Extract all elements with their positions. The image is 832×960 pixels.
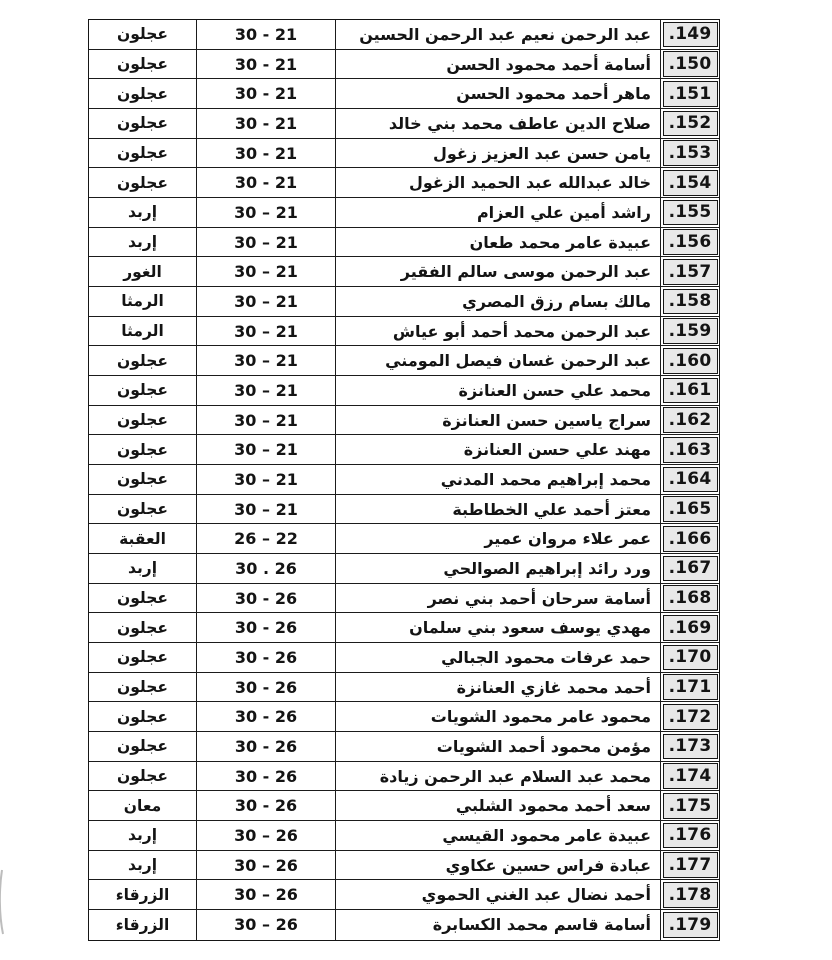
age-range: 30 - 26	[196, 702, 335, 731]
age-range: 30 – 21	[196, 346, 335, 375]
table-row: .174 محمد عبد السلام عبد الرحمن زيادة 30…	[89, 762, 719, 792]
row-number-cell: .177	[660, 851, 719, 880]
city-name: عجلون	[89, 346, 196, 375]
city-name: الغور	[89, 257, 196, 286]
row-number-cell: .158	[660, 287, 719, 316]
table-row: .164 محمد إبراهيم محمد المدني 30 – 21 عج…	[89, 465, 719, 495]
table-row: .160 عبد الرحمن غسان فيصل المومني 30 – 2…	[89, 346, 719, 376]
table-row: .177 عبادة فراس حسين عكاوي 30 – 26 إربد	[89, 851, 719, 881]
students-table: .149 عبد الرحمن نعيم عبد الرحمن الحسين 3…	[88, 19, 720, 941]
row-number: .162	[663, 407, 718, 433]
student-name: حمد عرفات محمود الجبالي	[335, 643, 660, 672]
table-row: .158 مالك بسام رزق المصري 30 – 21 الرمثا	[89, 287, 719, 317]
row-number: .165	[663, 496, 718, 522]
city-name: إربد	[89, 228, 196, 257]
city-name: عجلون	[89, 702, 196, 731]
age-range: 30 - 26	[196, 673, 335, 702]
row-number: .158	[663, 289, 718, 315]
age-range: 30 – 21	[196, 317, 335, 346]
scanned-document-page: .149 عبد الرحمن نعيم عبد الرحمن الحسين 3…	[0, 0, 832, 960]
age-range: 30 - 21	[196, 139, 335, 168]
age-range: 30 – 21	[196, 287, 335, 316]
row-number-cell: .151	[660, 79, 719, 108]
table-row: .176 عبيدة عامر محمود القيسي 30 – 26 إرب…	[89, 821, 719, 851]
table-row: .153 يامن حسن عبد العزيز زغول 30 - 21 عج…	[89, 139, 719, 169]
student-name: سراج ياسين حسن العنانزة	[335, 406, 660, 435]
student-name: ورد رائد إبراهيم الصوالحي	[335, 554, 660, 583]
student-name: عبد الرحمن نعيم عبد الرحمن الحسين	[335, 20, 660, 49]
student-name: عبيدة عامر محمود القيسي	[335, 821, 660, 850]
row-number: .166	[663, 526, 718, 552]
age-range: 30 – 26	[196, 821, 335, 850]
age-range: 30 - 21	[196, 109, 335, 138]
table-row: .168 أسامة سرحان أحمد بني نصر 30 - 26 عج…	[89, 584, 719, 614]
student-name: مهدي يوسف سعود بني سلمان	[335, 613, 660, 642]
row-number: .171	[663, 674, 718, 700]
age-range: 30 - 26	[196, 584, 335, 613]
city-name: عجلون	[89, 376, 196, 405]
table-row: .166 عمر علاء مروان عمير 26 – 22 العقبة	[89, 524, 719, 554]
table-row: .170 حمد عرفات محمود الجبالي 30 - 26 عجل…	[89, 643, 719, 673]
table-row: .156 عبيدة عامر محمد طعان 30 – 21 إربد	[89, 228, 719, 258]
row-number-cell: .173	[660, 732, 719, 761]
row-number: .149	[663, 22, 718, 48]
age-range: 30 – 21	[196, 435, 335, 464]
row-number-cell: .168	[660, 584, 719, 613]
scan-artifact-mark	[0, 862, 12, 952]
city-name: الزرقاء	[89, 910, 196, 940]
age-range: 30 – 21	[196, 376, 335, 405]
table-row: .151 ماهر أحمد محمود الحسن 30 - 21 عجلون	[89, 79, 719, 109]
student-name: معتز أحمد علي الخطاطبة	[335, 495, 660, 524]
row-number: .167	[663, 556, 718, 582]
student-name: عبد الرحمن محمد أحمد أبو عياش	[335, 317, 660, 346]
table-row: .179 أسامة قاسم محمد الكسابرة 30 – 26 ال…	[89, 910, 719, 940]
row-number-cell: .171	[660, 673, 719, 702]
row-number: .161	[663, 378, 718, 404]
table-row: .159 عبد الرحمن محمد أحمد أبو عياش 30 – …	[89, 317, 719, 347]
city-name: عجلون	[89, 762, 196, 791]
city-name: إربد	[89, 198, 196, 227]
row-number-cell: .154	[660, 168, 719, 197]
student-name: خالد عبدالله عبد الحميد الزغول	[335, 168, 660, 197]
age-range: 30 - 21	[196, 20, 335, 49]
row-number: .169	[663, 615, 718, 641]
city-name: عجلون	[89, 139, 196, 168]
row-number: .164	[663, 467, 718, 493]
age-range: 26 – 22	[196, 524, 335, 553]
city-name: الرمثا	[89, 287, 196, 316]
student-name: عبيدة عامر محمد طعان	[335, 228, 660, 257]
row-number-cell: .172	[660, 702, 719, 731]
row-number: .153	[663, 140, 718, 166]
age-range: 30 – 21	[196, 228, 335, 257]
age-range: 30 - 21	[196, 168, 335, 197]
row-number-cell: .152	[660, 109, 719, 138]
age-range: 30 - 26	[196, 762, 335, 791]
city-name: إربد	[89, 821, 196, 850]
row-number-cell: .150	[660, 50, 719, 79]
age-range: 30 . 26	[196, 554, 335, 583]
row-number-cell: .174	[660, 762, 719, 791]
student-name: راشد أمين علي العزام	[335, 198, 660, 227]
age-range: 30 – 21	[196, 257, 335, 286]
city-name: إربد	[89, 554, 196, 583]
row-number-cell: .165	[660, 495, 719, 524]
student-name: أسامة سرحان أحمد بني نصر	[335, 584, 660, 613]
student-name: عمر علاء مروان عمير	[335, 524, 660, 553]
row-number-cell: .163	[660, 435, 719, 464]
student-name: محمود عامر محمود الشويات	[335, 702, 660, 731]
city-name: عجلون	[89, 673, 196, 702]
student-name: عبد الرحمن غسان فيصل المومني	[335, 346, 660, 375]
student-name: محمد علي حسن العنانزة	[335, 376, 660, 405]
row-number-cell: .149	[660, 20, 719, 49]
row-number-cell: .153	[660, 139, 719, 168]
row-number: .179	[663, 912, 718, 939]
city-name: الزرقاء	[89, 880, 196, 909]
row-number-cell: .160	[660, 346, 719, 375]
city-name: عجلون	[89, 495, 196, 524]
row-number: .151	[663, 81, 718, 107]
student-name: عبادة فراس حسين عكاوي	[335, 851, 660, 880]
age-range: 30 - 26	[196, 791, 335, 820]
row-number: .154	[663, 170, 718, 196]
table-row: .162 سراج ياسين حسن العنانزة 30 – 21 عجل…	[89, 406, 719, 436]
row-number: .173	[663, 734, 718, 760]
city-name: عجلون	[89, 732, 196, 761]
row-number: .177	[663, 852, 718, 878]
city-name: عجلون	[89, 465, 196, 494]
student-name: يامن حسن عبد العزيز زغول	[335, 139, 660, 168]
row-number-cell: .167	[660, 554, 719, 583]
row-number-cell: .155	[660, 198, 719, 227]
city-name: العقبة	[89, 524, 196, 553]
city-name: عجلون	[89, 50, 196, 79]
city-name: إربد	[89, 851, 196, 880]
row-number-cell: .162	[660, 406, 719, 435]
student-name: صلاح الدين عاطف محمد بني خالد	[335, 109, 660, 138]
table-row: .155 راشد أمين علي العزام 30 – 21 إربد	[89, 198, 719, 228]
table-row: .173 مؤمن محمود أحمد الشويات 30 - 26 عجل…	[89, 732, 719, 762]
table-row: .154 خالد عبدالله عبد الحميد الزغول 30 -…	[89, 168, 719, 198]
table-row: .172 محمود عامر محمود الشويات 30 - 26 عج…	[89, 702, 719, 732]
row-number: .163	[663, 437, 718, 463]
row-number: .174	[663, 763, 718, 789]
city-name: عجلون	[89, 168, 196, 197]
row-number: .157	[663, 259, 718, 285]
student-name: عبد الرحمن موسى سالم الفقير	[335, 257, 660, 286]
table-row: .163 مهند علي حسن العنانزة 30 – 21 عجلون	[89, 435, 719, 465]
age-range: 30 – 21	[196, 465, 335, 494]
row-number: .178	[663, 882, 718, 908]
student-name: أسامة قاسم محمد الكسابرة	[335, 910, 660, 940]
row-number: .160	[663, 348, 718, 374]
age-range: 30 - 26	[196, 643, 335, 672]
table-row: .171 أحمد محمد غازي العنانزة 30 - 26 عجل…	[89, 673, 719, 703]
row-number: .170	[663, 645, 718, 671]
row-number-cell: .175	[660, 791, 719, 820]
row-number-cell: .159	[660, 317, 719, 346]
city-name: عجلون	[89, 435, 196, 464]
age-range: 30 – 26	[196, 880, 335, 909]
row-number: .176	[663, 823, 718, 849]
city-name: عجلون	[89, 20, 196, 49]
row-number-cell: .157	[660, 257, 719, 286]
table-row: .150 أسامة أحمد محمود الحسن 30 - 21 عجلو…	[89, 50, 719, 80]
city-name: عجلون	[89, 613, 196, 642]
row-number: .156	[663, 229, 718, 255]
row-number-cell: .169	[660, 613, 719, 642]
row-number: .152	[663, 111, 718, 137]
student-name: أسامة أحمد محمود الحسن	[335, 50, 660, 79]
student-name: سعد أحمد محمود الشلبي	[335, 791, 660, 820]
age-range: 30 – 26	[196, 851, 335, 880]
table-row: .157 عبد الرحمن موسى سالم الفقير 30 – 21…	[89, 257, 719, 287]
table-row: .175 سعد أحمد محمود الشلبي 30 - 26 معان	[89, 791, 719, 821]
row-number: .155	[663, 200, 718, 226]
row-number-cell: .166	[660, 524, 719, 553]
age-range: 30 - 21	[196, 50, 335, 79]
row-number-cell: .179	[660, 910, 719, 940]
row-number-cell: .164	[660, 465, 719, 494]
table-row: .149 عبد الرحمن نعيم عبد الرحمن الحسين 3…	[89, 20, 719, 50]
student-name: ماهر أحمد محمود الحسن	[335, 79, 660, 108]
age-range: 30 – 21	[196, 495, 335, 524]
student-name: أحمد نضال عبد الغني الحموي	[335, 880, 660, 909]
student-name: مالك بسام رزق المصري	[335, 287, 660, 316]
row-number: .150	[663, 51, 718, 77]
table-row: .152 صلاح الدين عاطف محمد بني خالد 30 - …	[89, 109, 719, 139]
age-range: 30 - 21	[196, 79, 335, 108]
row-number-cell: .176	[660, 821, 719, 850]
city-name: عجلون	[89, 109, 196, 138]
city-name: عجلون	[89, 406, 196, 435]
age-range: 30 – 26	[196, 910, 335, 940]
age-range: 30 - 26	[196, 613, 335, 642]
student-name: محمد عبد السلام عبد الرحمن زيادة	[335, 762, 660, 791]
student-name: مؤمن محمود أحمد الشويات	[335, 732, 660, 761]
city-name: الرمثا	[89, 317, 196, 346]
city-name: عجلون	[89, 79, 196, 108]
student-name: مهند علي حسن العنانزة	[335, 435, 660, 464]
table-row: .165 معتز أحمد علي الخطاطبة 30 – 21 عجلو…	[89, 495, 719, 525]
city-name: معان	[89, 791, 196, 820]
row-number: .168	[663, 585, 718, 611]
student-name: محمد إبراهيم محمد المدني	[335, 465, 660, 494]
table-row: .178 أحمد نضال عبد الغني الحموي 30 – 26 …	[89, 880, 719, 910]
row-number: .159	[663, 318, 718, 344]
row-number-cell: .156	[660, 228, 719, 257]
age-range: 30 – 21	[196, 406, 335, 435]
table-row: .167 ورد رائد إبراهيم الصوالحي 30 . 26 إ…	[89, 554, 719, 584]
city-name: عجلون	[89, 643, 196, 672]
row-number: .172	[663, 704, 718, 730]
city-name: عجلون	[89, 584, 196, 613]
row-number-cell: .178	[660, 880, 719, 909]
row-number-cell: .161	[660, 376, 719, 405]
age-range: 30 - 26	[196, 732, 335, 761]
row-number-cell: .170	[660, 643, 719, 672]
age-range: 30 – 21	[196, 198, 335, 227]
row-number: .175	[663, 793, 718, 819]
student-name: أحمد محمد غازي العنانزة	[335, 673, 660, 702]
table-row: .169 مهدي يوسف سعود بني سلمان 30 - 26 عج…	[89, 613, 719, 643]
table-row: .161 محمد علي حسن العنانزة 30 – 21 عجلون	[89, 376, 719, 406]
